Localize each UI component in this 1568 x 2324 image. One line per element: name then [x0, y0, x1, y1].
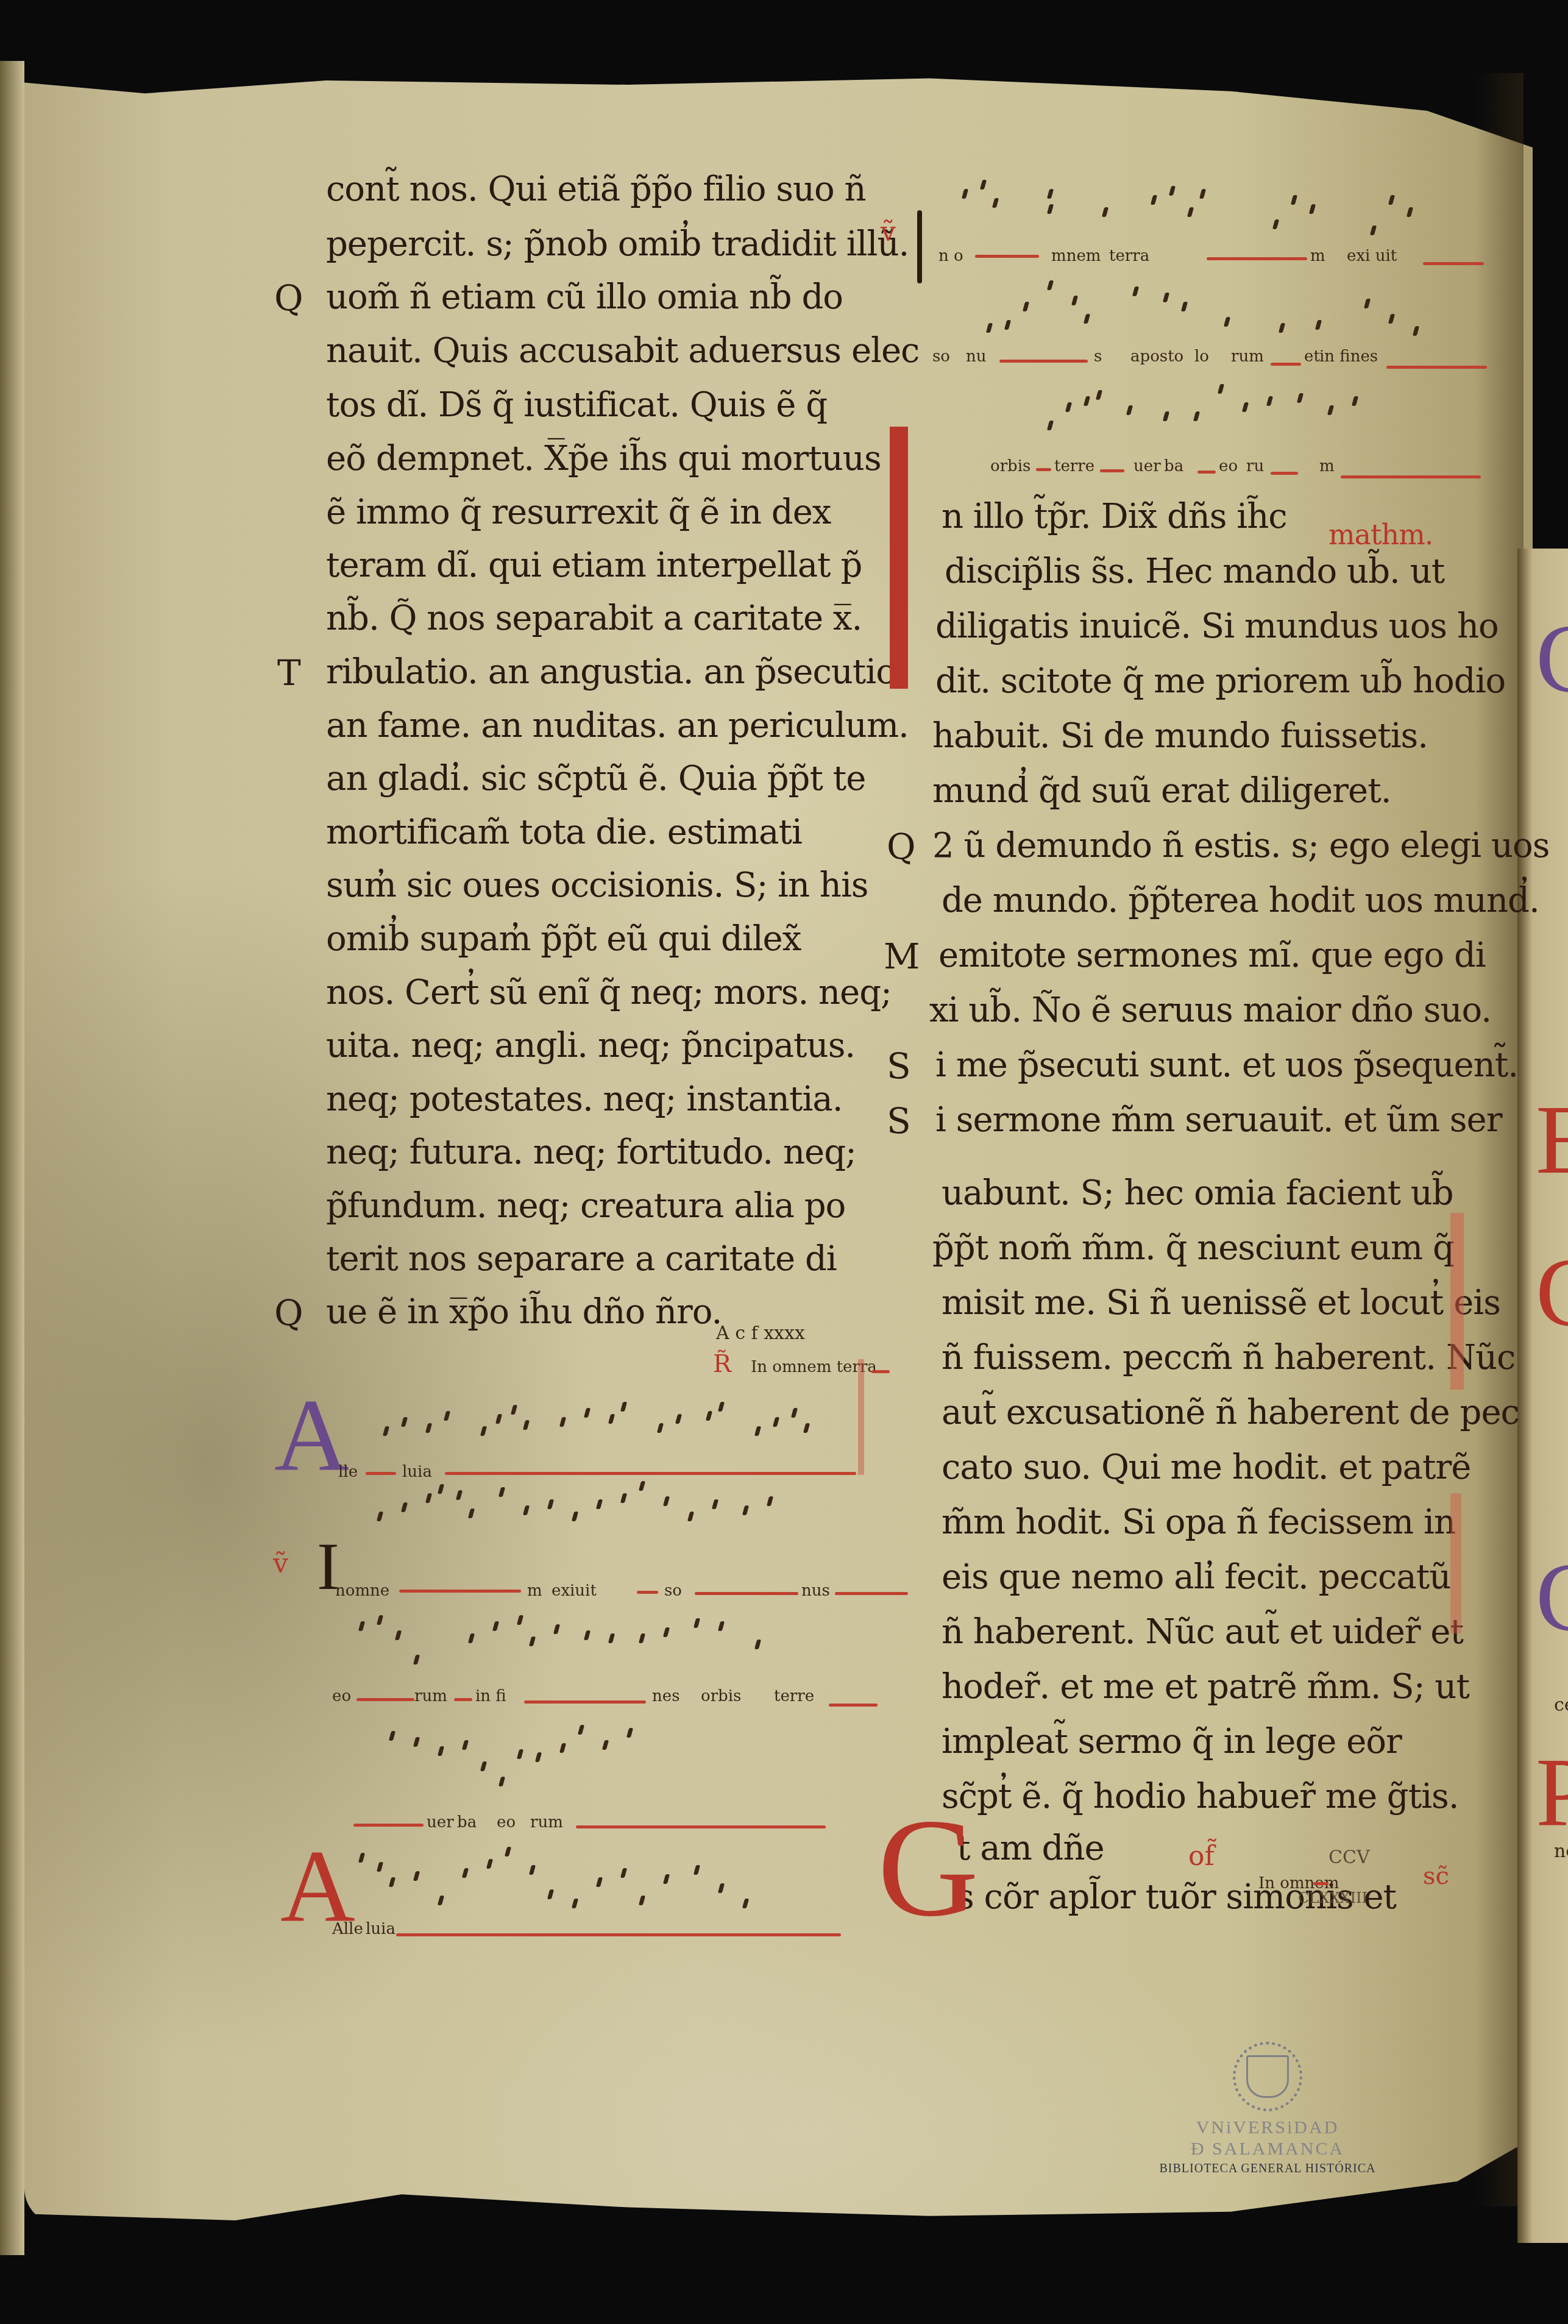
text-line: xi ub̃. Ño ẽ seruus maior dño suo. [929, 990, 1491, 1030]
text-line: ẽ immo q̃ resurrexit q̃ ẽ in dex [326, 492, 831, 532]
adjacent-initial: P [1536, 1743, 1568, 1841]
staff-line [1341, 475, 1481, 478]
text-line: emitote sermones mĩ. que ego di [938, 936, 1486, 975]
staff-line [975, 255, 1039, 258]
staff-line [576, 1825, 826, 1828]
lyric: m [1310, 247, 1325, 265]
lyric: et [1304, 347, 1320, 366]
lyric: rum [1231, 347, 1264, 366]
lyric: ba [1164, 457, 1183, 475]
lyric: Alle [332, 1920, 363, 1938]
neume-row [938, 268, 1475, 317]
adjacent-initial: C [1536, 1548, 1568, 1646]
lyric: so [664, 1582, 682, 1600]
lyric: mnem [1051, 247, 1101, 265]
neume-row [378, 1402, 853, 1451]
lyric: terre [1054, 457, 1094, 475]
lyric: in fi [475, 1687, 506, 1705]
text-line: an gladi̓. sic sc̃ptũ ẽ. Quia p̃p̃t te [326, 759, 865, 798]
offertory-annotation: CLXXXIII [1298, 1889, 1368, 1906]
text-line: p̃fundum. neq; creatura alia po [326, 1186, 845, 1226]
staff-line [1207, 257, 1307, 260]
staff-line [1197, 471, 1216, 474]
lyric: orbis [990, 457, 1031, 475]
margin-letter: T [277, 652, 301, 694]
lyric: luia [402, 1463, 432, 1481]
text-line: sum̓ sic oues occisionis. S; in his [326, 865, 868, 905]
lyric: terre [774, 1687, 814, 1705]
text-line: n illo t̃p̃r. Dix̃ dñs ih̃c [942, 497, 1287, 536]
text-line: mund̓ q̃d suũ erat diligeret. [932, 771, 1391, 811]
margin-letter: Q [887, 826, 916, 867]
lyric: nes [652, 1687, 679, 1705]
initial-G: G [878, 1798, 979, 1938]
lyric: eo [497, 1813, 516, 1832]
staff-line [445, 1472, 856, 1475]
mode-annotation: A c f xxxx [716, 1323, 805, 1344]
text-line: ñ haberent. Nũc aut̃ et uider̃ et [942, 1612, 1463, 1652]
margin-letter: M [884, 936, 920, 977]
lyric: ba [457, 1813, 477, 1832]
text-line: pepercit. s; p̃nob omib̓ tradidit illũ. [326, 224, 909, 264]
margin-letter: S [887, 1045, 911, 1087]
text-line: uabunt. S; hec omia facient ub̃ [942, 1173, 1453, 1213]
lyric: uer [427, 1813, 454, 1832]
lyric: lo [1194, 347, 1209, 366]
red-margin-stroke [1450, 1493, 1461, 1633]
verse-initial-stroke [917, 210, 922, 283]
lyric: nu [966, 347, 987, 366]
text-line: an fame. an nuditas. an periculum. [326, 706, 909, 745]
text-line: uom̃ ñ etiam cũ illo omia nb̃ do [326, 277, 843, 317]
text-line: ñ fuissem. peccm̃ ñ haberent. Nũc [942, 1338, 1515, 1377]
lyric: ru [1246, 457, 1264, 475]
margin-letter: Q [274, 277, 303, 319]
gospel-initial-I [890, 427, 908, 689]
adjacent-page: C E C C P ce ne [1517, 549, 1568, 2243]
spine-shadow [1475, 73, 1524, 2206]
text-line: uita. neq; angli. neq; p̃ncipatus. [326, 1026, 855, 1065]
adjacent-initial: C [1536, 609, 1568, 707]
university-seal-icon [1233, 2042, 1302, 2111]
staff-line [399, 1590, 521, 1593]
text-line: dit. scitote q̃ me priorem ub̃ hodio [935, 661, 1505, 701]
text-line: neq; potestates. neq; instantia. [326, 1079, 843, 1119]
staff-line [524, 1700, 646, 1704]
lyric: exi uit [1347, 247, 1397, 265]
staff-line [396, 1933, 841, 1936]
lyric: uer [1133, 457, 1161, 475]
lyric: in fines [1319, 347, 1378, 366]
text-line: eis que nemo ali̓ fecit. peccatũ [942, 1557, 1450, 1597]
staff-line [454, 1698, 472, 1701]
lyric: eo [1219, 457, 1238, 475]
staff-line [1271, 472, 1298, 475]
text-line: teram dĩ. qui etiam interpellat p̃ [326, 545, 862, 585]
lyric: m [527, 1582, 542, 1600]
text-line: t am dñe [957, 1828, 1104, 1868]
staff-line [835, 1592, 908, 1595]
text-line: ue ẽ in x̅p̃o ih̃u dño ñro. [326, 1292, 722, 1332]
sanctorum-rubric: sc̃ [1423, 1862, 1449, 1890]
text-line: habuit. Si de mundo fuissetis. [932, 716, 1428, 756]
text-line: nb̃. Q̃ nos separabit a caritate x̅. [326, 599, 862, 638]
text-line: cato suo. Qui me hodit. et patrẽ [942, 1448, 1470, 1487]
lyric: nomne [335, 1582, 389, 1600]
staff-line [353, 1824, 424, 1827]
lyric: m [1319, 457, 1335, 475]
lyric: eo [332, 1687, 351, 1705]
adjacent-initial: E [1536, 1091, 1568, 1189]
text-line: discip̃lis s̃s. Hec mando ub̃. ut [945, 552, 1444, 591]
staff-line [695, 1592, 798, 1595]
lyric: rum [414, 1687, 447, 1705]
watermark-line-3: BIBLIOTECA GENERAL HISTÓRICA [1121, 2162, 1414, 2176]
neume-row [378, 1725, 743, 1774]
neume-row [1036, 384, 1463, 433]
lyric: aposto [1130, 347, 1183, 366]
staff-line [999, 360, 1088, 363]
red-bracket [858, 1359, 864, 1475]
neume-row [366, 1481, 841, 1530]
staff-line [829, 1704, 878, 1707]
staff-line [1423, 262, 1484, 265]
offertory-rubric: of̃ [1188, 1841, 1215, 1872]
text-line: sc̃pt̓ ẽ. q̃ hodio habuer̃ me g̃tis. [942, 1777, 1459, 1816]
text-line: eõ dempnet. X̅p̃e ih̃s qui mortuus [326, 439, 881, 478]
neume-row [353, 1841, 841, 1889]
text-line: aut̃ excusationẽ ñ haberent de pec [942, 1393, 1519, 1432]
text-line: omib̓ supam̓ p̃p̃t eũ qui dilex̃ [326, 919, 801, 959]
verse-mark: ṽ [881, 216, 896, 247]
text-line: 2 ũ demundo ñ estis. s; ego elegi uos [932, 826, 1550, 865]
text-line: i me p̃secuti sunt. et uos p̃sequent̃. [935, 1045, 1518, 1085]
library-watermark: VNiVERSiDAD Đ SALAMANCA BIBLIOTECA GENER… [1121, 2042, 1414, 2176]
text-line: diligatis inuicẽ. Si mundus uos ho [935, 606, 1499, 646]
text-line: impleat̃ sermo q̃ in lege eõr [942, 1722, 1402, 1761]
staff-line [357, 1698, 414, 1701]
lyric: s [1094, 347, 1102, 366]
staff-line [871, 1370, 890, 1373]
text-line: ribulatio. an angustia. an p̃secutio. [326, 652, 906, 692]
text-line: p̃p̃t nom̃ m̃m. q̃ nesciunt eum q̃ [932, 1228, 1454, 1268]
lyric: so [932, 347, 950, 366]
neume-row [353, 1603, 841, 1652]
lyric: terra [1109, 247, 1149, 265]
text-line: m̃m hodit. Si opa ñ fecissem in [942, 1502, 1455, 1542]
offertory-annotation: CCV [1329, 1847, 1370, 1868]
lyric: orbis [701, 1687, 741, 1705]
staff-line [1036, 468, 1051, 471]
text-line: misit me. Si ñ uenissẽ et locut̓ eis [942, 1283, 1500, 1323]
lyric: nus [801, 1582, 830, 1600]
neume-row [951, 171, 1487, 219]
text-line: neq; futura. neq; fortitudo. neq; [326, 1132, 856, 1172]
watermark-line-1: VNiVERSiDAD [1121, 2117, 1414, 2139]
staff-line [1313, 1882, 1329, 1885]
adjacent-text: ne [1554, 1841, 1568, 1862]
verse-mark: ṽ [273, 1548, 288, 1579]
text-line: hoder̃. et me et patrẽ m̃m. S; ut [942, 1667, 1469, 1707]
staff-line [366, 1472, 396, 1475]
text-line: terit nos separare a caritate di [326, 1239, 837, 1279]
adjacent-text: ce [1554, 1694, 1568, 1716]
lyric: luia [366, 1920, 396, 1938]
lyric: rum [530, 1813, 563, 1832]
text-line: nos. Cert̓ sũ enĩ q̃ neq; mors. neq; [326, 973, 892, 1012]
staff-line [1386, 366, 1487, 369]
lyric: lle [338, 1463, 358, 1481]
staff-line [1271, 363, 1301, 366]
text-line: mortificam̃ tota die. estimati [326, 812, 802, 852]
red-margin-stroke [1450, 1213, 1464, 1390]
margin-letter: S [887, 1100, 911, 1142]
margin-letter: Q [274, 1292, 303, 1334]
watermark-line-2: Đ SALAMANCA [1121, 2139, 1414, 2160]
text-line: de mundo. p̃p̃terea hodit uos mund̓. [942, 881, 1539, 920]
rubric-mathm: mathm. [1329, 518, 1433, 551]
staff-line [1100, 469, 1124, 472]
staff-line [637, 1591, 658, 1594]
left-page-edge [0, 61, 24, 2255]
responsory-rubric: R̃ [713, 1350, 731, 1378]
text-line: i sermone m̃m seruauit. et ũm ser [935, 1100, 1502, 1140]
lyric: exiuit [552, 1582, 597, 1600]
text-line: nauit. Quis accusabit aduersus elec [326, 331, 919, 371]
text-line: tos dĩ. Ds̃ q̃ iustificat. Quis ẽ q̃ [326, 385, 827, 425]
lyric: n o [938, 247, 963, 265]
adjacent-initial: C [1536, 1243, 1568, 1341]
text-line: cont̃ nos. Qui etiã p̃p̃o filio suo ñ [326, 169, 866, 209]
